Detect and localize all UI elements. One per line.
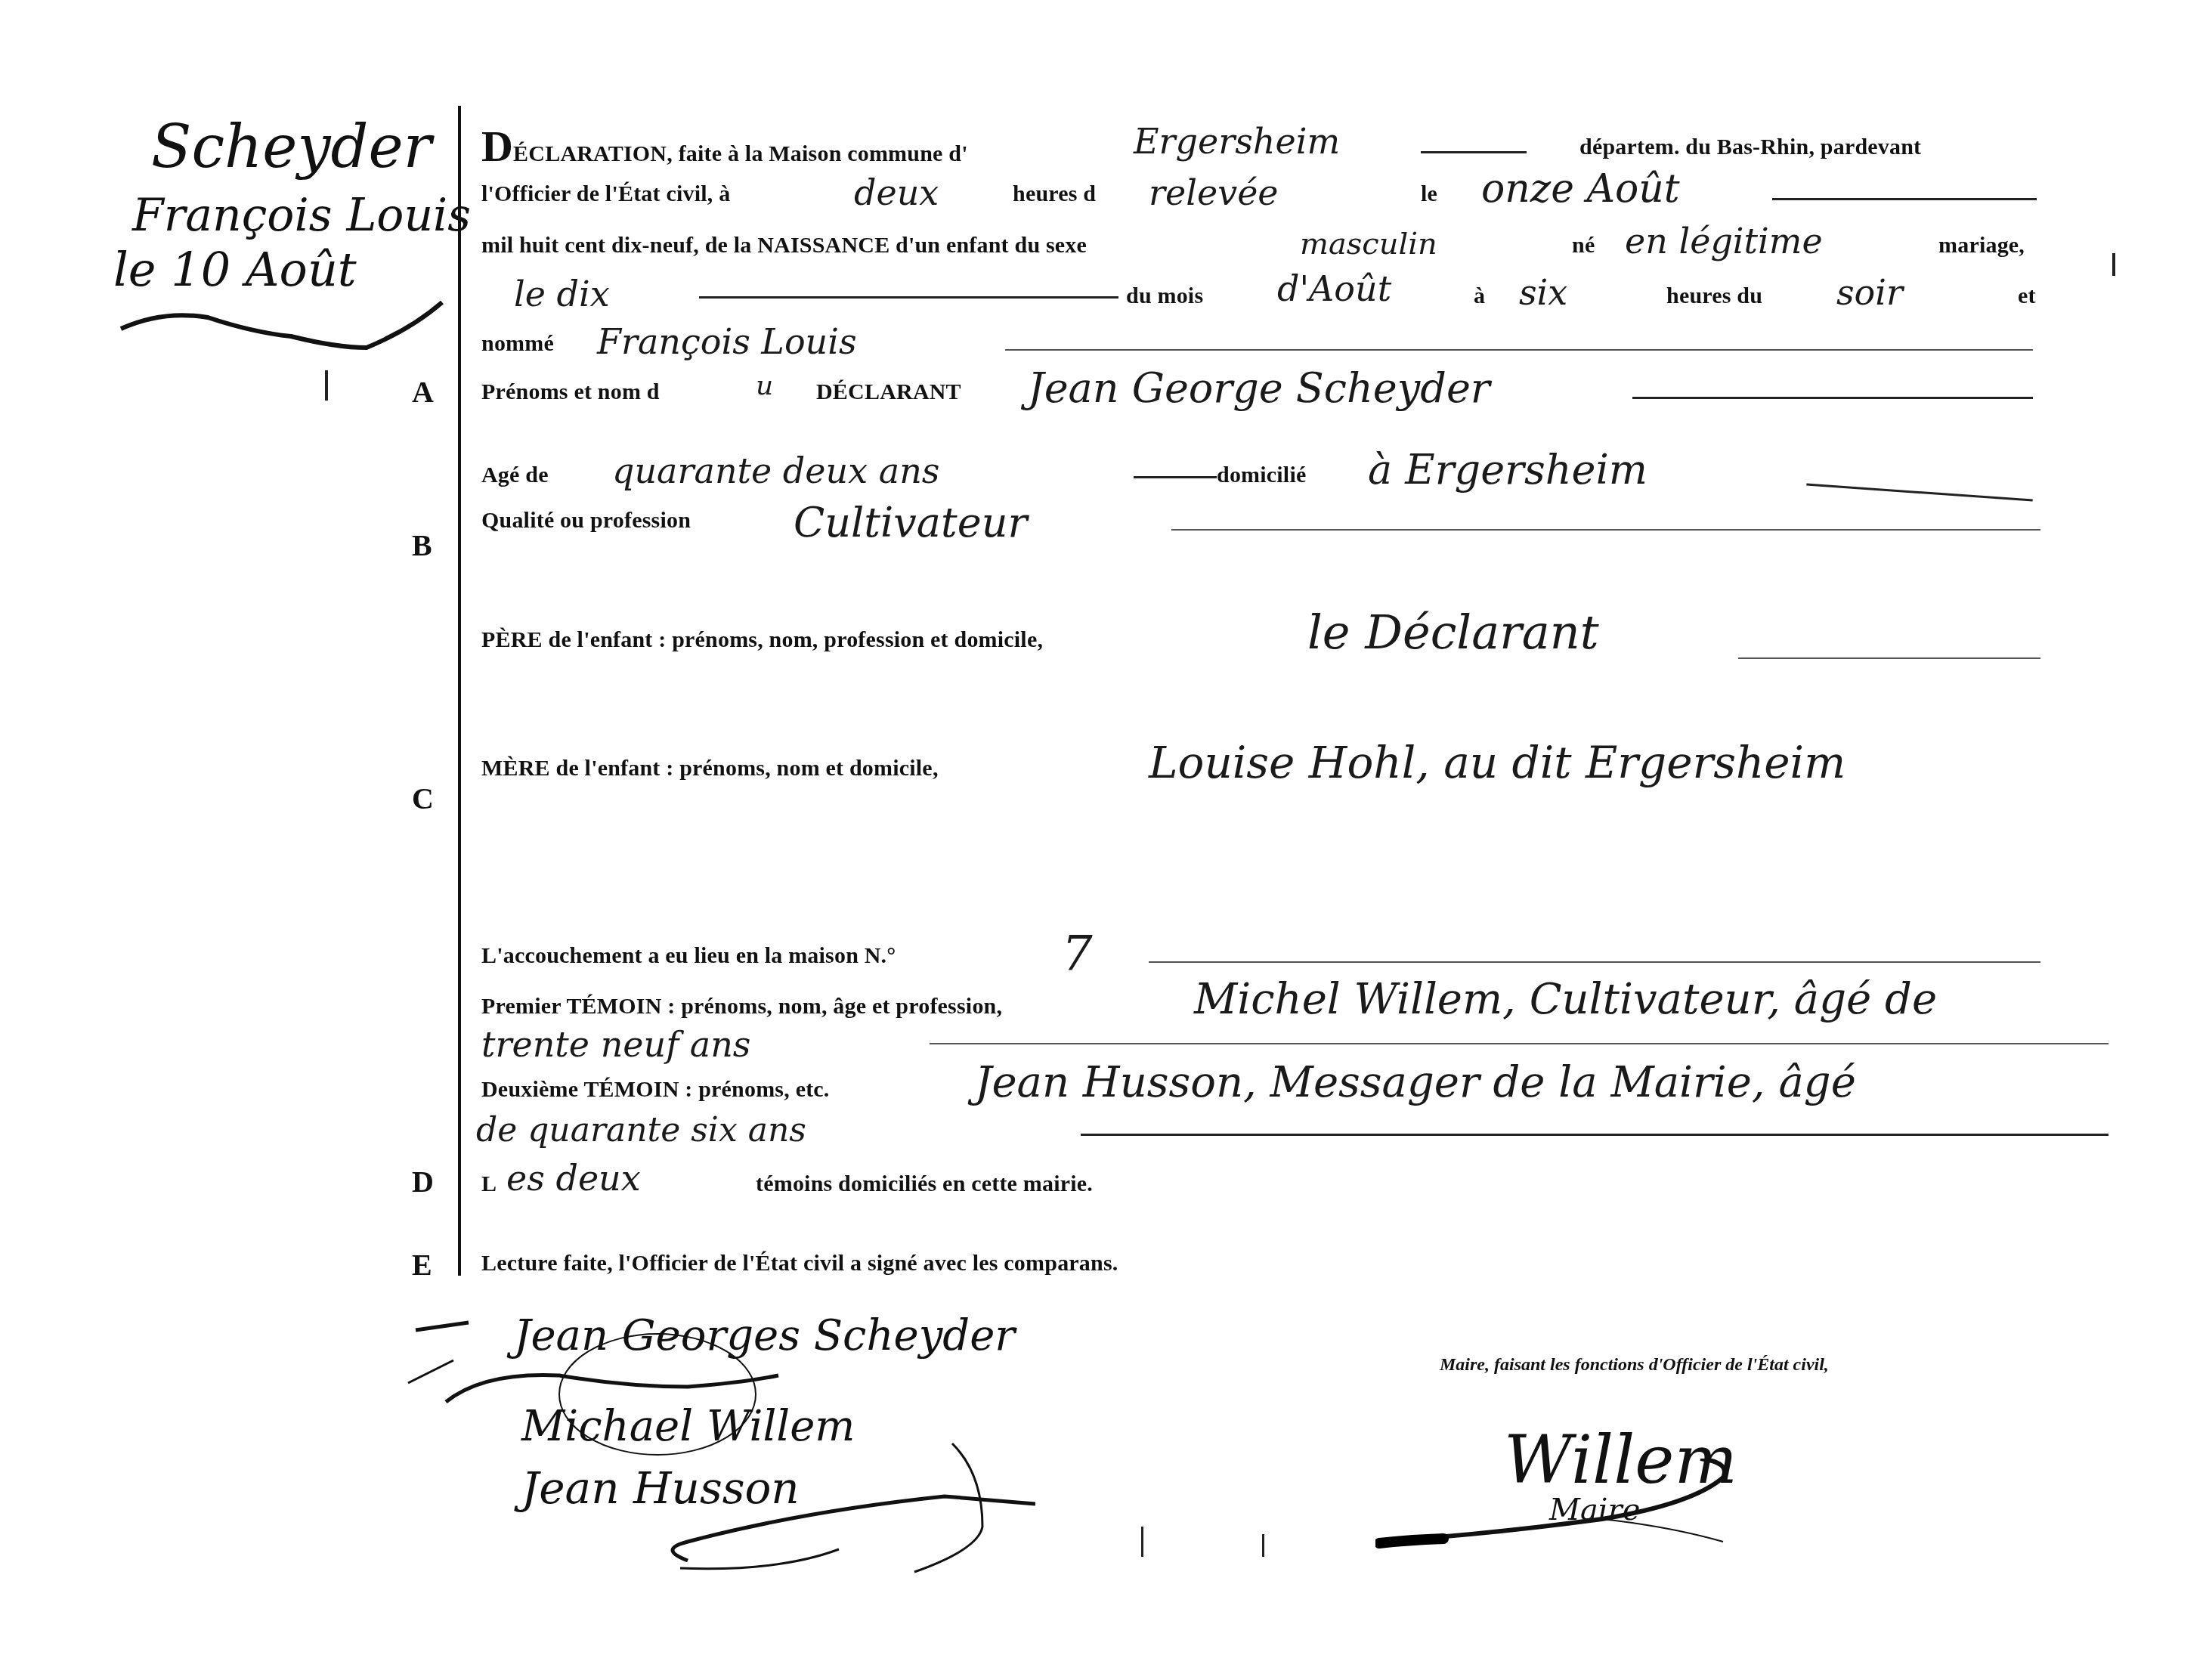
margin-surname: Scheyder [151, 113, 432, 181]
declaration-caps: ÉCLARATION [513, 141, 667, 166]
text-mariage: mariage, [1938, 233, 2025, 258]
section-letter-a: A [412, 374, 434, 410]
text-temoins-domicilies: témoins domiciliés en cette mairie. [756, 1171, 1093, 1197]
line-naissance: mil huit cent dix-neuf, de la NAISSANCE … [481, 233, 1087, 258]
blank-line [1421, 151, 1527, 153]
birth-record-page: Scheyder François Louis le 10 Août A B C… [0, 0, 2209, 1680]
hw-birth-month: d'Août [1277, 268, 1391, 309]
blank-line [1134, 476, 1217, 478]
text-deuxieme-temoin: Deuxième TÉMOIN : prénoms, etc. [481, 1077, 830, 1103]
text-a: à [1474, 283, 1485, 309]
section-letter-e: E [412, 1247, 432, 1282]
text-du-mois: du mois [1126, 283, 1203, 309]
hw-sex: masculin [1300, 227, 1437, 261]
declaration-initial: D [481, 122, 513, 171]
hw-birth-day: le dix [514, 274, 610, 314]
hw-witness2-age: de quarante six ans [476, 1111, 806, 1149]
section-letter-d: D [412, 1164, 434, 1199]
hw-witness1-age: trente neuf ans [481, 1024, 750, 1065]
text-le: le [1421, 181, 1437, 207]
text-prenoms-declarant: Prénoms et nom d [481, 379, 660, 405]
hw-father: le Déclarant [1307, 605, 1599, 660]
hw-hour: deux [854, 172, 939, 213]
text-lecture-faite: Lecture faite, l'Officier de l'État civi… [481, 1251, 1118, 1276]
text-heures-du: heures du [1666, 283, 1762, 309]
signature-witness2-flourish [627, 1428, 1035, 1579]
text-qualite: Qualité ou profession [481, 508, 691, 534]
blank-line [1081, 1134, 2108, 1136]
margin-mark [325, 370, 328, 401]
section-letter-c: C [412, 781, 434, 816]
hw-les-deux: es deux [506, 1158, 641, 1199]
hw-birth-hour: six [1519, 272, 1567, 313]
page-edge-mark [1262, 1534, 1264, 1557]
line-officier: l'Officier de l'État civil, à [481, 181, 730, 207]
text-nomme: nommé [481, 331, 554, 357]
text-domicilie: domicilié [1217, 463, 1306, 488]
page-edge-mark [1141, 1527, 1143, 1557]
hw-date: onze Août [1481, 166, 1680, 212]
text-premier-temoin: Premier TÉMOIN : prénoms, nom, âge et pr… [481, 994, 1002, 1019]
blank-line [1806, 484, 2032, 502]
mayor-caption: Maire, faisant les fonctions d'Officier … [1440, 1355, 1829, 1375]
hw-declarant-domicile: à Ergersheim [1368, 446, 1647, 493]
hw-mother: Louise Hohl, au dit Ergersheim [1149, 737, 1845, 788]
hw-du: u [756, 370, 773, 401]
line-departement: départem. du Bas-Rhin, pardevant [1579, 135, 1921, 160]
hw-legitime: en légitime [1625, 221, 1823, 261]
text-ne: né [1572, 233, 1595, 258]
blank-line [930, 1043, 2108, 1044]
line-declaration: DÉCLARATION, faite à la Maison commune d… [481, 121, 968, 172]
hw-birth-time: soir [1836, 272, 1903, 313]
text-declarant: DÉCLARANT [816, 379, 961, 405]
hw-witness1: Michel Willem, Cultivateur, âgé de [1194, 975, 1937, 1024]
margin-flourish [117, 287, 465, 370]
blank-line [1149, 961, 2040, 963]
blank-line [1738, 657, 2040, 659]
text-l: L [481, 1171, 497, 1197]
blank-line [1772, 198, 2037, 200]
text-mere: MÈRE de l'enfant : prénoms, nom et domic… [481, 756, 939, 781]
blank-line [1632, 397, 2033, 399]
blank-line [1171, 529, 2040, 531]
text-pere: PÈRE de l'enfant : prénoms, nom, profess… [481, 627, 1043, 653]
hw-house-number: 7 [1062, 926, 1093, 982]
edge-mark [2112, 253, 2115, 276]
blank-line [699, 296, 1118, 299]
hw-commune: Ergersheim [1134, 121, 1340, 162]
hw-declarant-profession: Cultivateur [794, 499, 1027, 546]
text-accouchement: L'accouchement a eu lieu en la maison N.… [481, 943, 896, 969]
text-et: et [2018, 283, 2036, 309]
text-heures: heures d [1013, 181, 1096, 207]
blank-line [1005, 349, 2033, 351]
declaration-text: , faite à la Maison commune d' [667, 141, 967, 166]
margin-given-names: François Louis [132, 189, 471, 242]
hw-declarant-name: Jean George Scheyder [1028, 364, 1490, 412]
hw-time-of-day: relevée [1149, 172, 1279, 213]
section-letter-b: B [412, 528, 432, 563]
hw-declarant-age: quarante deux ans [612, 450, 939, 491]
signature-mayor-flourish [1375, 1459, 1859, 1564]
text-age-de: Agé de [481, 463, 549, 488]
hw-child-name: François Louis [597, 321, 857, 362]
hw-witness2: Jean Husson, Messager de la Mairie, âgé [975, 1058, 1856, 1107]
margin-rule [458, 106, 461, 1276]
